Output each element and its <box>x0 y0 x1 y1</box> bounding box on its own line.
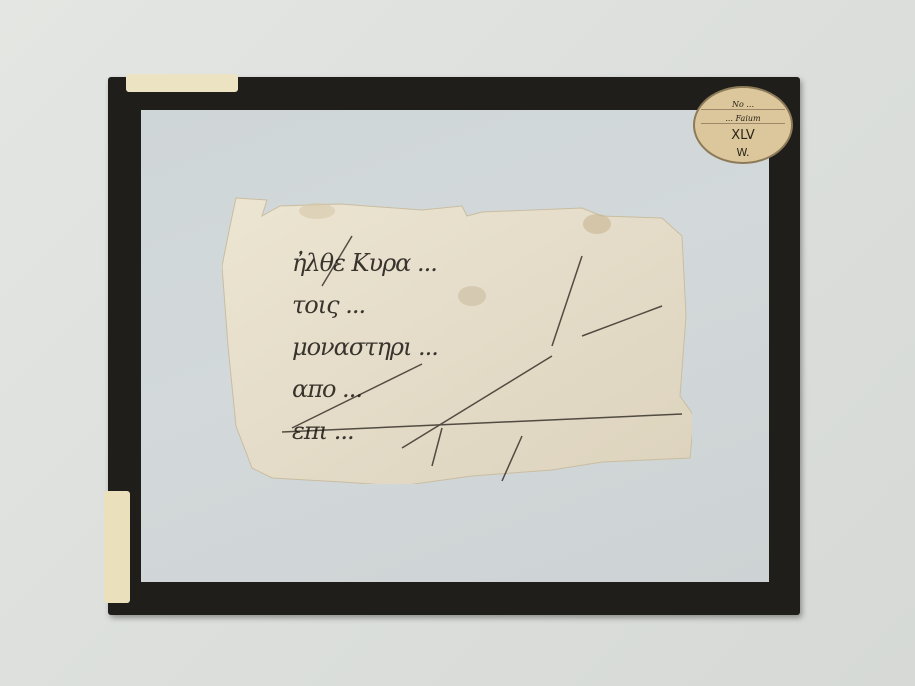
text-line: επι ... <box>292 410 682 452</box>
papyrus-handwriting: ἠλθε Κυρα ... τοις ... μοναστηρι ... απο… <box>292 242 682 452</box>
papyrus-fragment: ἠλθε Κυρα ... τοις ... μοναστηρι ... απο… <box>222 196 692 484</box>
label-initial: W. <box>695 146 791 159</box>
paper-tape-top <box>126 74 238 92</box>
catalog-label: No ... ... Faium XLV W. <box>693 86 793 164</box>
label-line-1: No ... <box>701 100 785 110</box>
text-line: τοις ... <box>292 284 682 326</box>
paper-tape-left <box>104 491 130 603</box>
text-line: απο ... <box>292 368 682 410</box>
text-line: μοναστηρι ... <box>292 326 682 368</box>
label-number: XLV <box>695 128 791 143</box>
text-line: ἠλθε Κυρα ... <box>292 242 682 284</box>
label-line-2: ... Faium <box>701 114 785 124</box>
